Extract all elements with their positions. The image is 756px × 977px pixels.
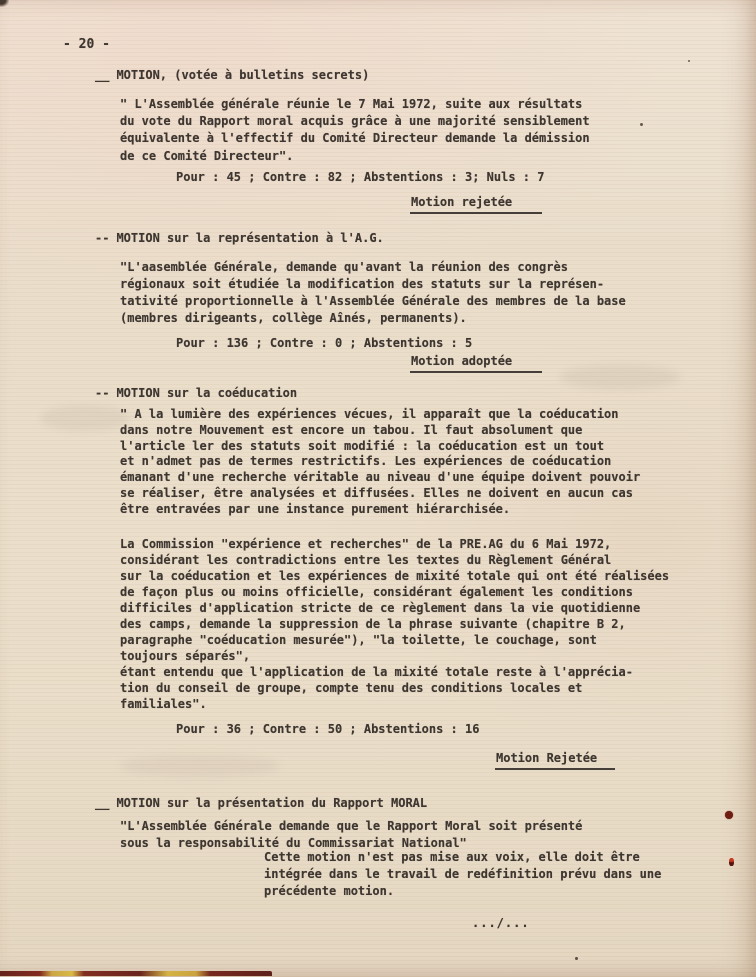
paper-speck: [575, 957, 578, 960]
motion-result: Motion adoptée: [410, 354, 542, 373]
vote-tally: Pour : 36 ; Contre : 50 ; Abstentions : …: [176, 722, 479, 736]
motion-body: La Commission "expérience et recherches"…: [120, 536, 669, 712]
vote-tally: Pour : 45 ; Contre : 82 ; Abstentions : …: [176, 170, 544, 184]
motion-title: MOTION sur la représentation à l'A.G.: [116, 231, 383, 245]
vote-tally: Pour : 136 ; Contre : 0 ; Abstentions : …: [176, 336, 472, 350]
motion-body: " A la lumière des expériences vécues, i…: [120, 407, 640, 518]
motion-marker: --: [95, 386, 109, 400]
motion-body: "L'aasemblée Générale, demande qu'avant …: [120, 259, 626, 327]
paper-smudge: [40, 405, 130, 431]
bottom-edge-strip: [0, 971, 272, 976]
motion-note: Cette motion n'est pas mise aux voix, el…: [264, 849, 661, 901]
scan-corner-mark: [0, 0, 9, 7]
motion-title: MOTION, (votée à bulletins secrets): [116, 68, 369, 82]
motion-body: "L'Assemblée Générale demande que le Rap…: [120, 818, 582, 852]
motion-marker: __: [95, 796, 109, 810]
paper-speck: [640, 123, 643, 126]
motion-body: " L'Assemblée générale réunie le 7 Mai 1…: [120, 96, 590, 165]
motion-marker: --: [95, 231, 109, 245]
page-number: - 20 -: [63, 37, 110, 52]
motion-heading: --MOTION sur la coéducation: [95, 386, 297, 400]
motion-heading: --MOTION sur la représentation à l'A.G.: [95, 231, 384, 245]
motion-result: Motion Rejetée: [495, 751, 615, 770]
continuation-mark: .../...: [472, 916, 530, 930]
paper-speck: [725, 811, 733, 819]
scanned-page: - 20 - __MOTION, (votée à bulletins secr…: [0, 0, 756, 977]
paper-speck: [729, 858, 734, 866]
motion-marker: __: [95, 68, 109, 82]
motion-title: MOTION sur la coéducation: [116, 386, 297, 400]
paper-speck: [688, 60, 690, 62]
motion-heading: __MOTION, (votée à bulletins secrets): [95, 68, 369, 82]
paper-smudge: [120, 755, 280, 777]
motion-result: Motion rejetée: [410, 195, 542, 214]
paper-smudge: [560, 365, 680, 389]
motion-heading: __MOTION sur la présentation du Rapport …: [95, 796, 427, 810]
motion-title: MOTION sur la présentation du Rapport MO…: [116, 796, 427, 810]
